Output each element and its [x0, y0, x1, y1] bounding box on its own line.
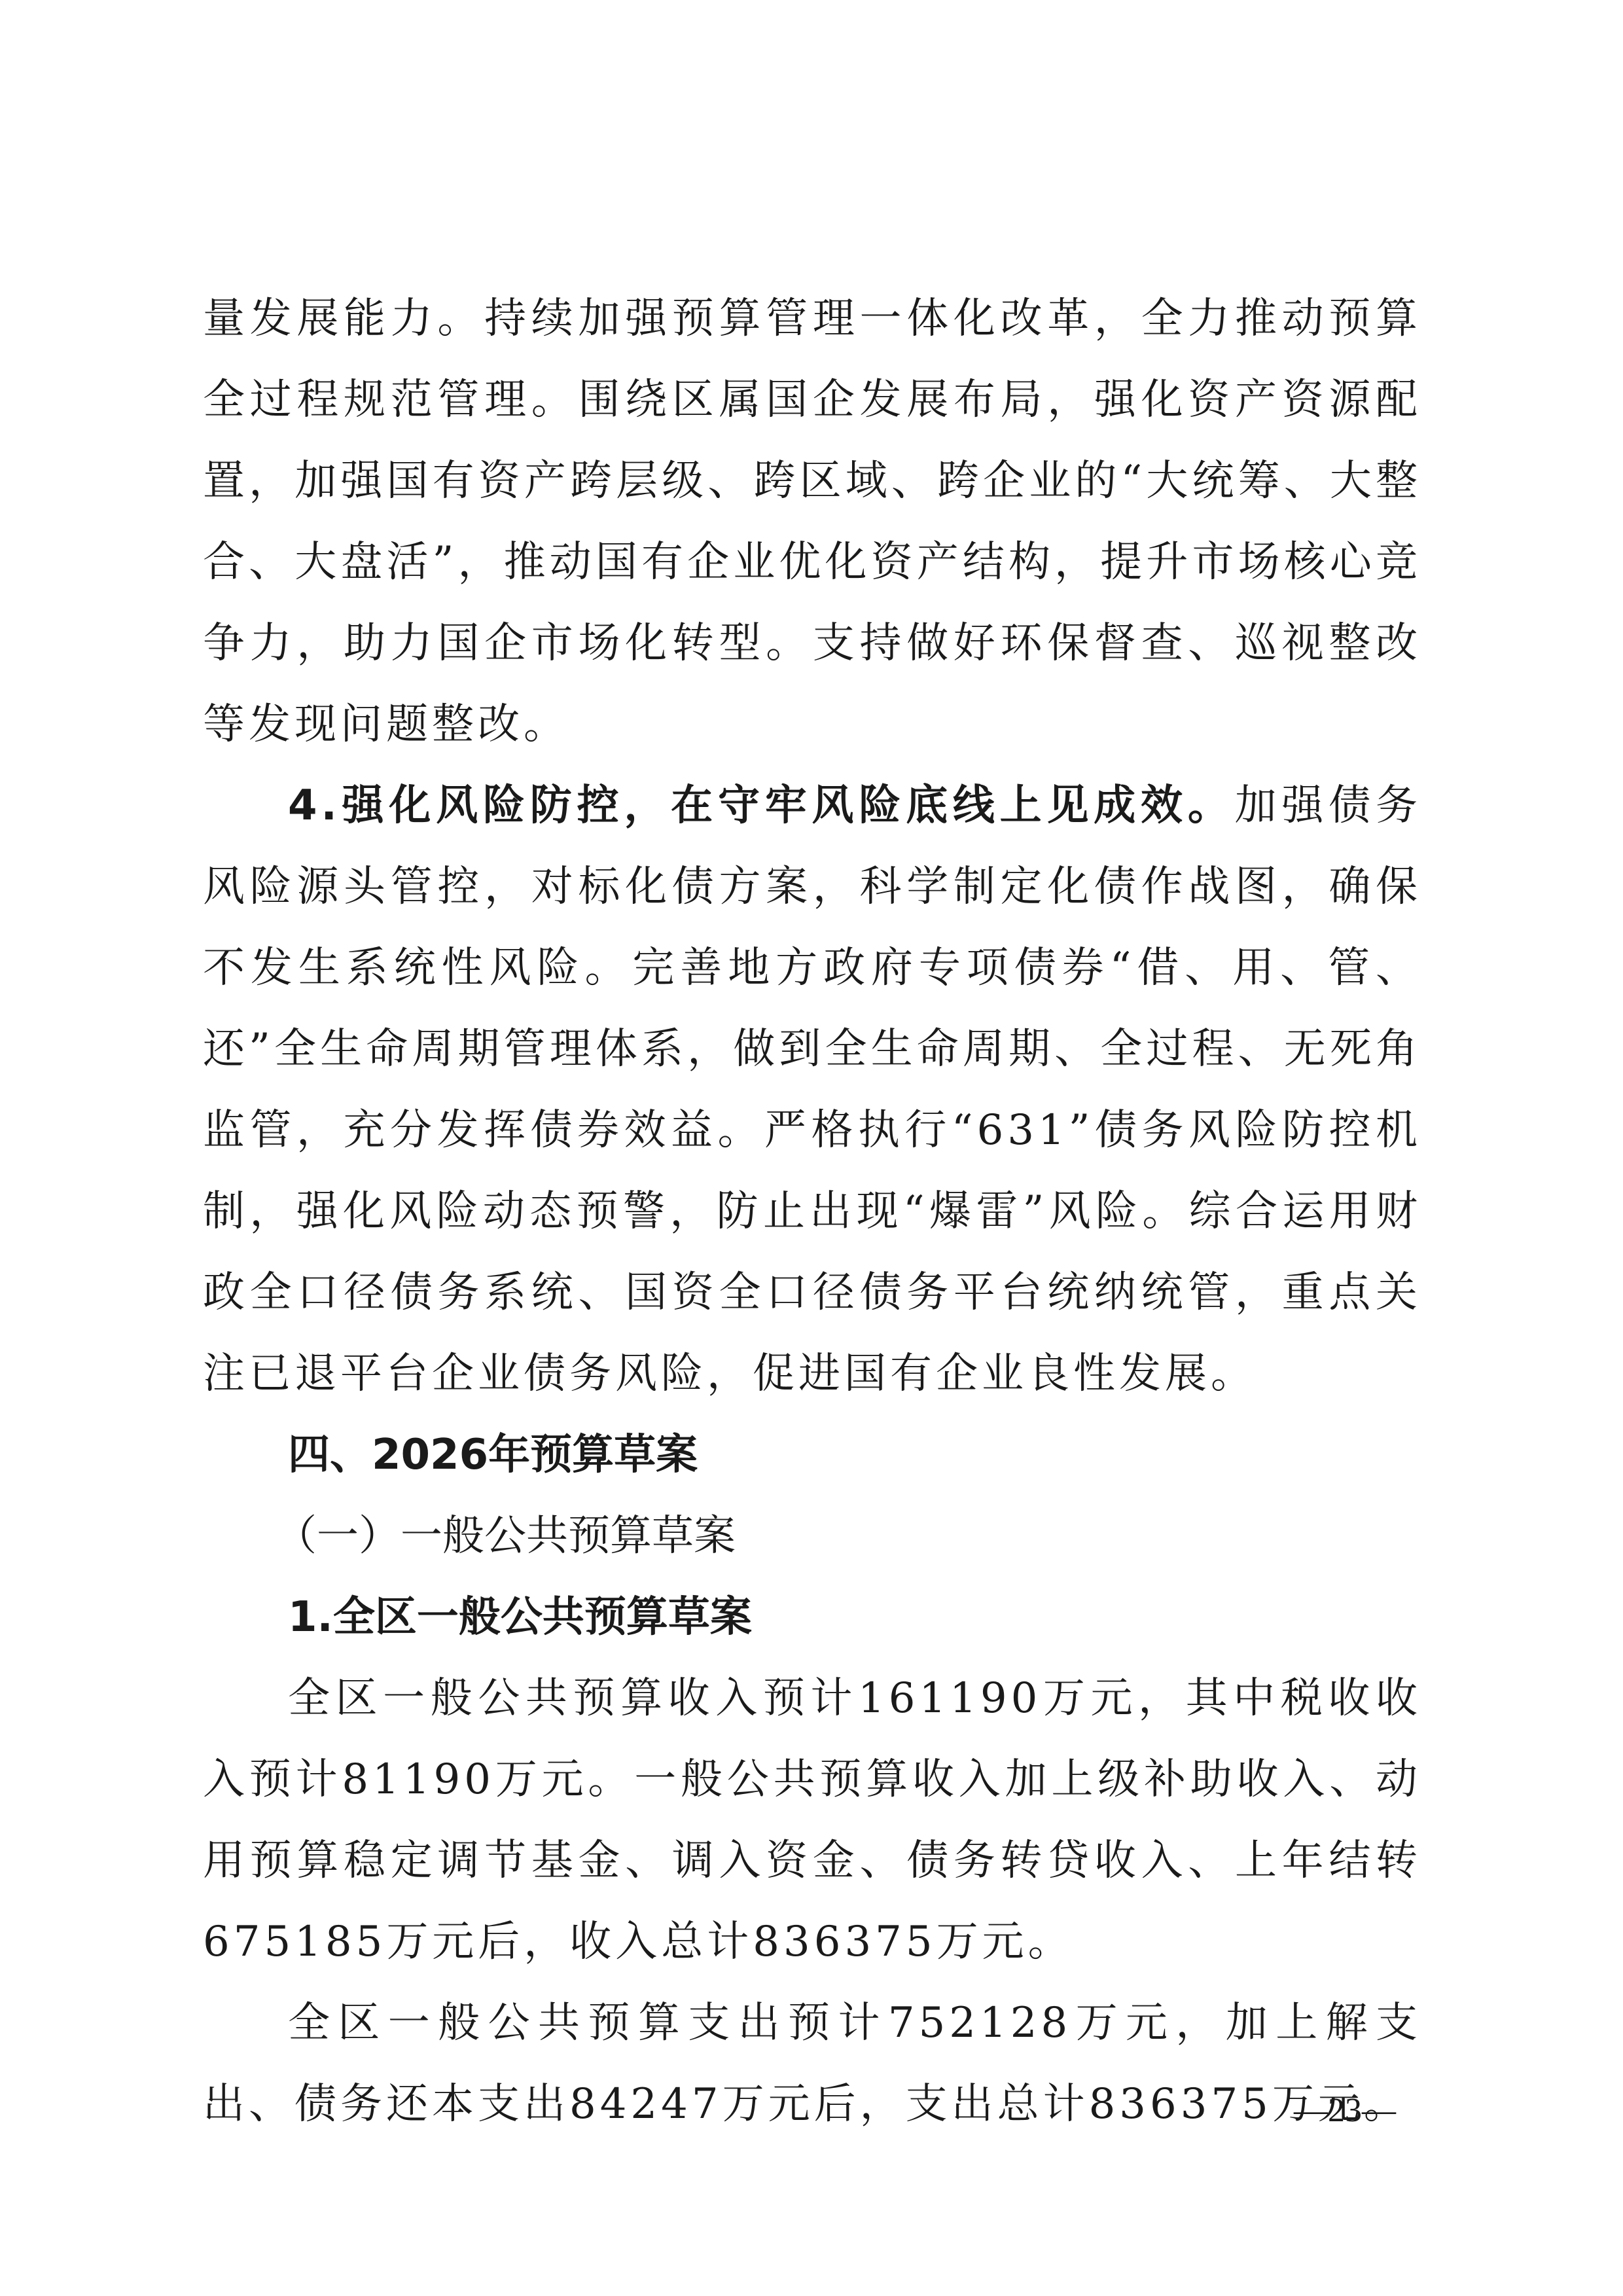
section-heading: 四、2026年预算草案: [203, 1414, 1421, 1496]
paragraph-risk-control: 4.强化风险防控，在守牢风险底线上见成效。加强债务风险源头管控，对标化债方案，科…: [203, 765, 1421, 1414]
paragraph-expenditure: 全区一般公共预算支出预计752128万元，加上解支出、债务还本支出84247万元…: [203, 1982, 1421, 2145]
body-text: 量发展能力。持续加强预算管理一体化改革，全力推动预算全过程规范管理。围绕区属国企…: [203, 278, 1421, 2145]
paragraph-lead-heading: 4.强化风险防控，在守牢风险底线上见成效。: [288, 781, 1235, 830]
page-number: —23—: [1283, 2091, 1407, 2130]
document-page: 量发展能力。持续加强预算管理一体化改革，全力推动预算全过程规范管理。围绕区属国企…: [0, 0, 1623, 2296]
subsection-heading: （一）一般公共预算草案: [203, 1496, 1421, 1577]
paragraph-revenue: 全区一般公共预算收入预计161190万元，其中税收收入预计81190万元。一般公…: [203, 1658, 1421, 1982]
paragraph-body: 加强债务风险源头管控，对标化债方案，科学制定化债作战图，确保不发生系统性风险。完…: [203, 781, 1421, 1398]
paragraph-continuation: 量发展能力。持续加强预算管理一体化改革，全力推动预算全过程规范管理。围绕区属国企…: [203, 278, 1421, 765]
item-heading: 1.全区一般公共预算草案: [203, 1577, 1421, 1658]
